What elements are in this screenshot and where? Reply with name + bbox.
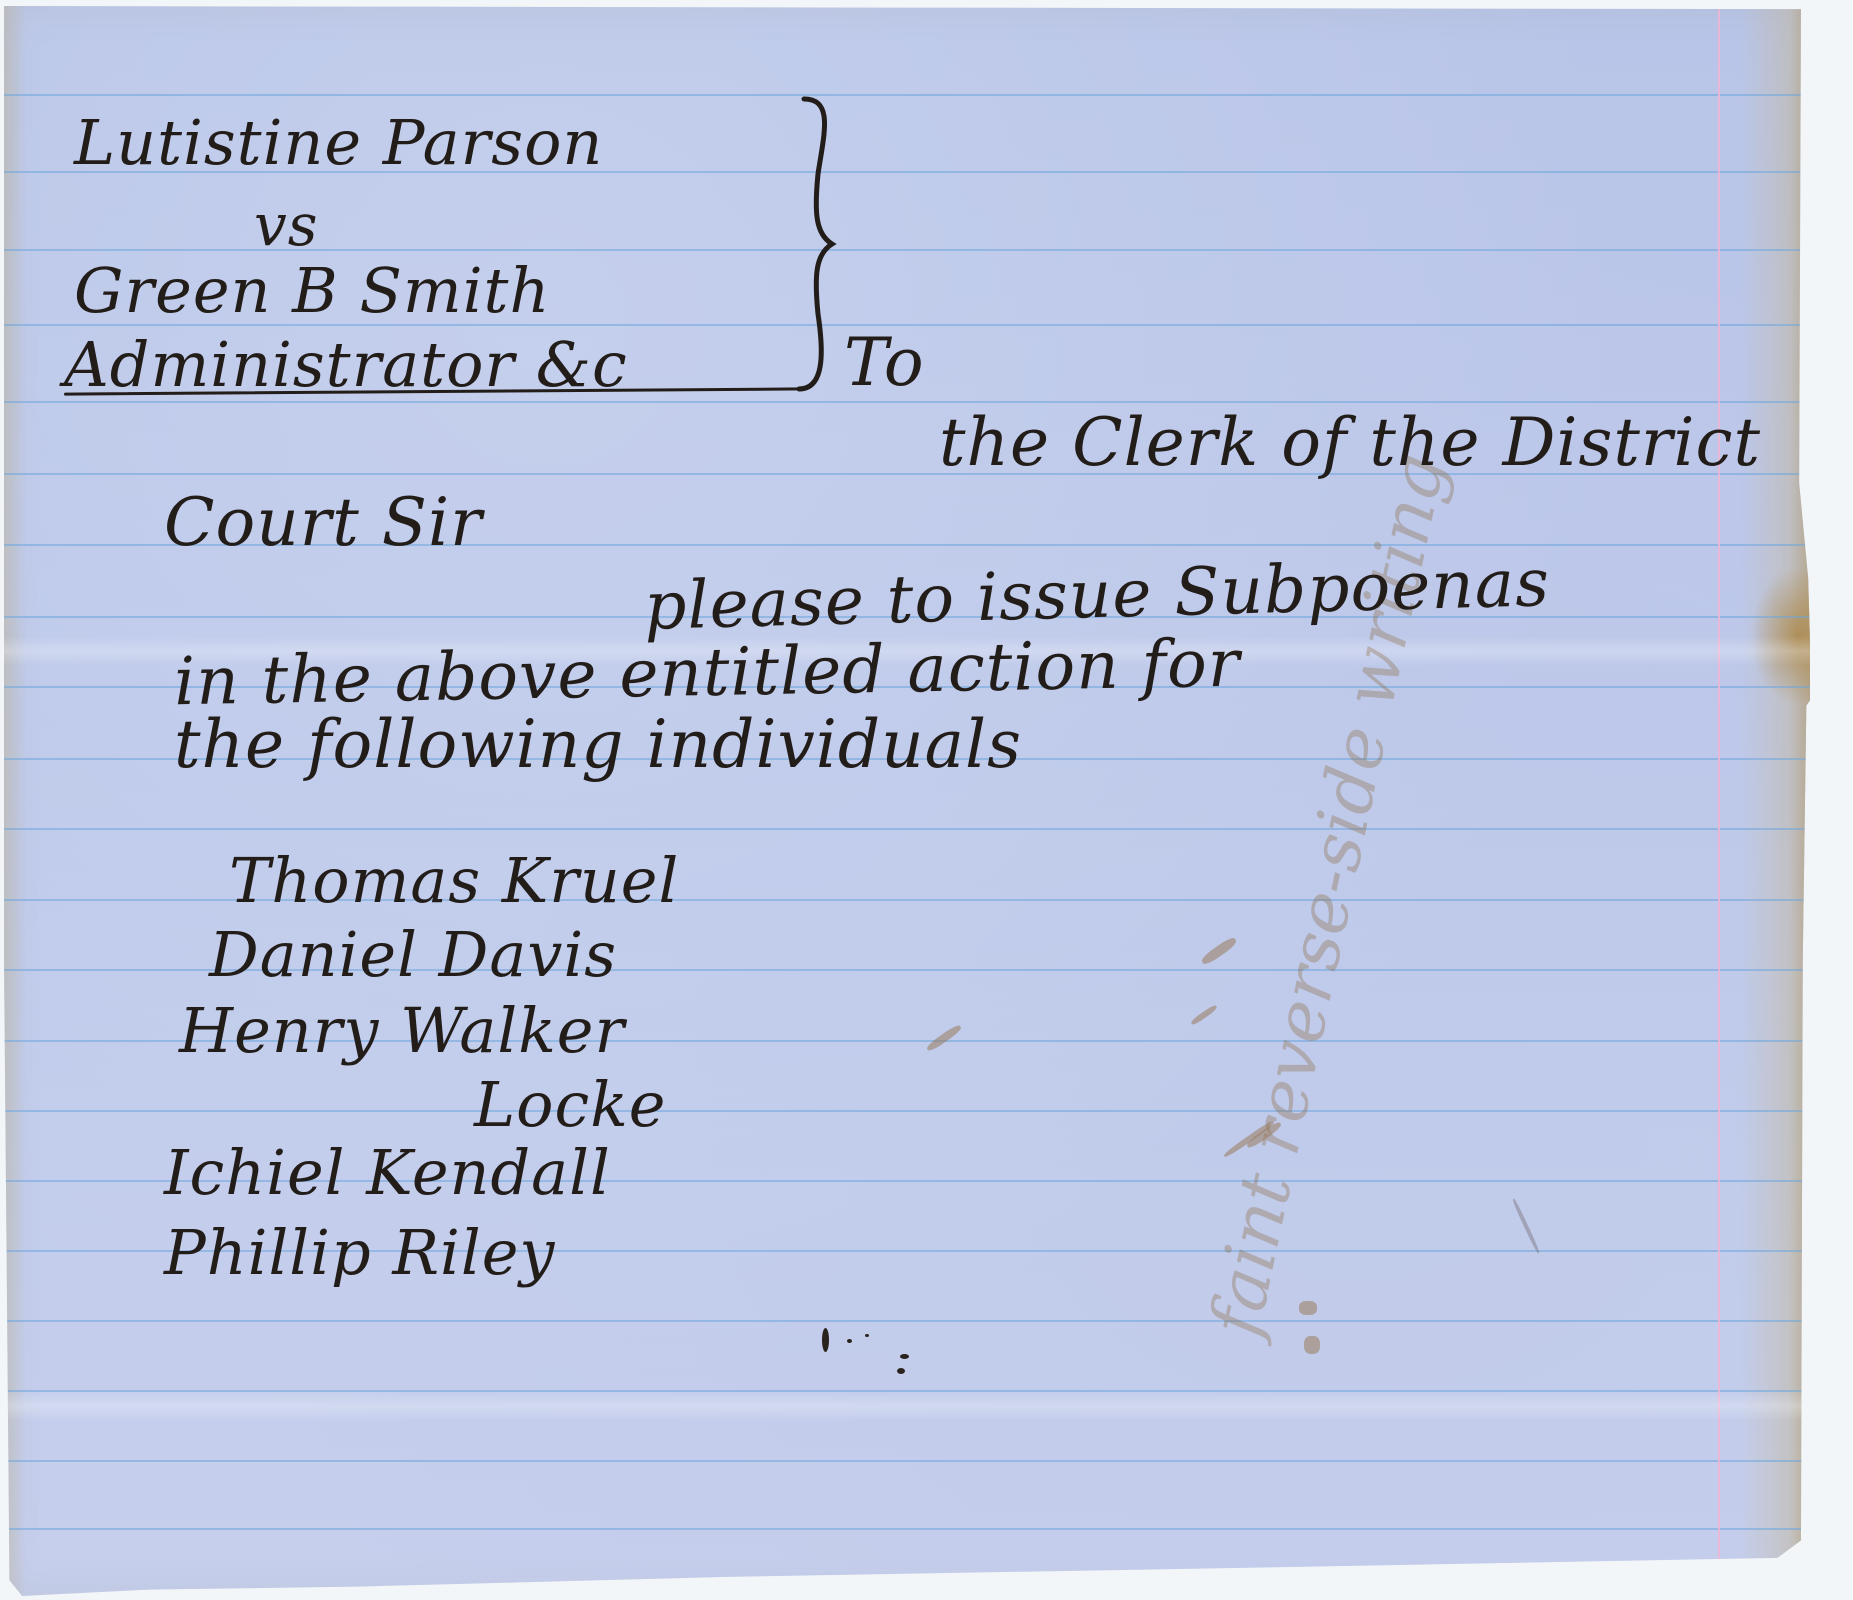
witness-name: Ichiel Kendall <box>164 1136 611 1209</box>
paper-edge-left <box>4 6 26 1596</box>
witness-name: Thomas Kruel <box>229 844 679 917</box>
witness-name: Daniel Davis <box>209 918 617 991</box>
salutation-addressee-cont: Court Sir <box>164 484 483 561</box>
ruled-line <box>4 1320 1810 1322</box>
paper-fold <box>4 1391 1810 1421</box>
ruled-line <box>4 1110 1810 1112</box>
ink-smudge <box>1200 935 1239 966</box>
body-line-3: the following individuals <box>174 706 1022 783</box>
ink-smudge <box>925 1023 962 1052</box>
salutation-addressee: the Clerk of the District <box>939 404 1761 481</box>
witness-name: Phillip Riley <box>164 1216 555 1289</box>
salutation-to: To <box>844 324 925 401</box>
caption-versus: vs <box>254 191 319 259</box>
witness-name: Henry Walker <box>179 994 625 1067</box>
witness-name: Locke <box>474 1068 666 1141</box>
ruled-line <box>4 828 1810 830</box>
scanned-document: faint reverse-side writing Lutistine Par… <box>0 0 1853 1600</box>
caption-brace <box>794 94 844 394</box>
ruled-line <box>4 401 1810 403</box>
ink-speck <box>847 1339 852 1343</box>
margin-line <box>1718 6 1720 1596</box>
paper-sheet: faint reverse-side writing Lutistine Par… <box>4 6 1810 1596</box>
caption-plaintiff: Lutistine Parson <box>74 106 603 179</box>
ink-speck <box>822 1328 829 1352</box>
paper-edge-right <box>1740 6 1810 1596</box>
ruled-line <box>4 94 1810 96</box>
ink-speck <box>897 1368 905 1374</box>
ink-smudge <box>1304 1336 1320 1354</box>
ink-smudge <box>1190 1004 1218 1026</box>
ruled-line <box>4 1460 1810 1462</box>
ink-speck <box>865 1334 869 1337</box>
pencil-mark <box>1512 1198 1541 1254</box>
ink-smudge <box>1299 1301 1317 1315</box>
ink-speck <box>900 1354 909 1359</box>
ruled-line <box>4 1528 1810 1530</box>
caption-defendant: Green B Smith <box>74 254 550 327</box>
